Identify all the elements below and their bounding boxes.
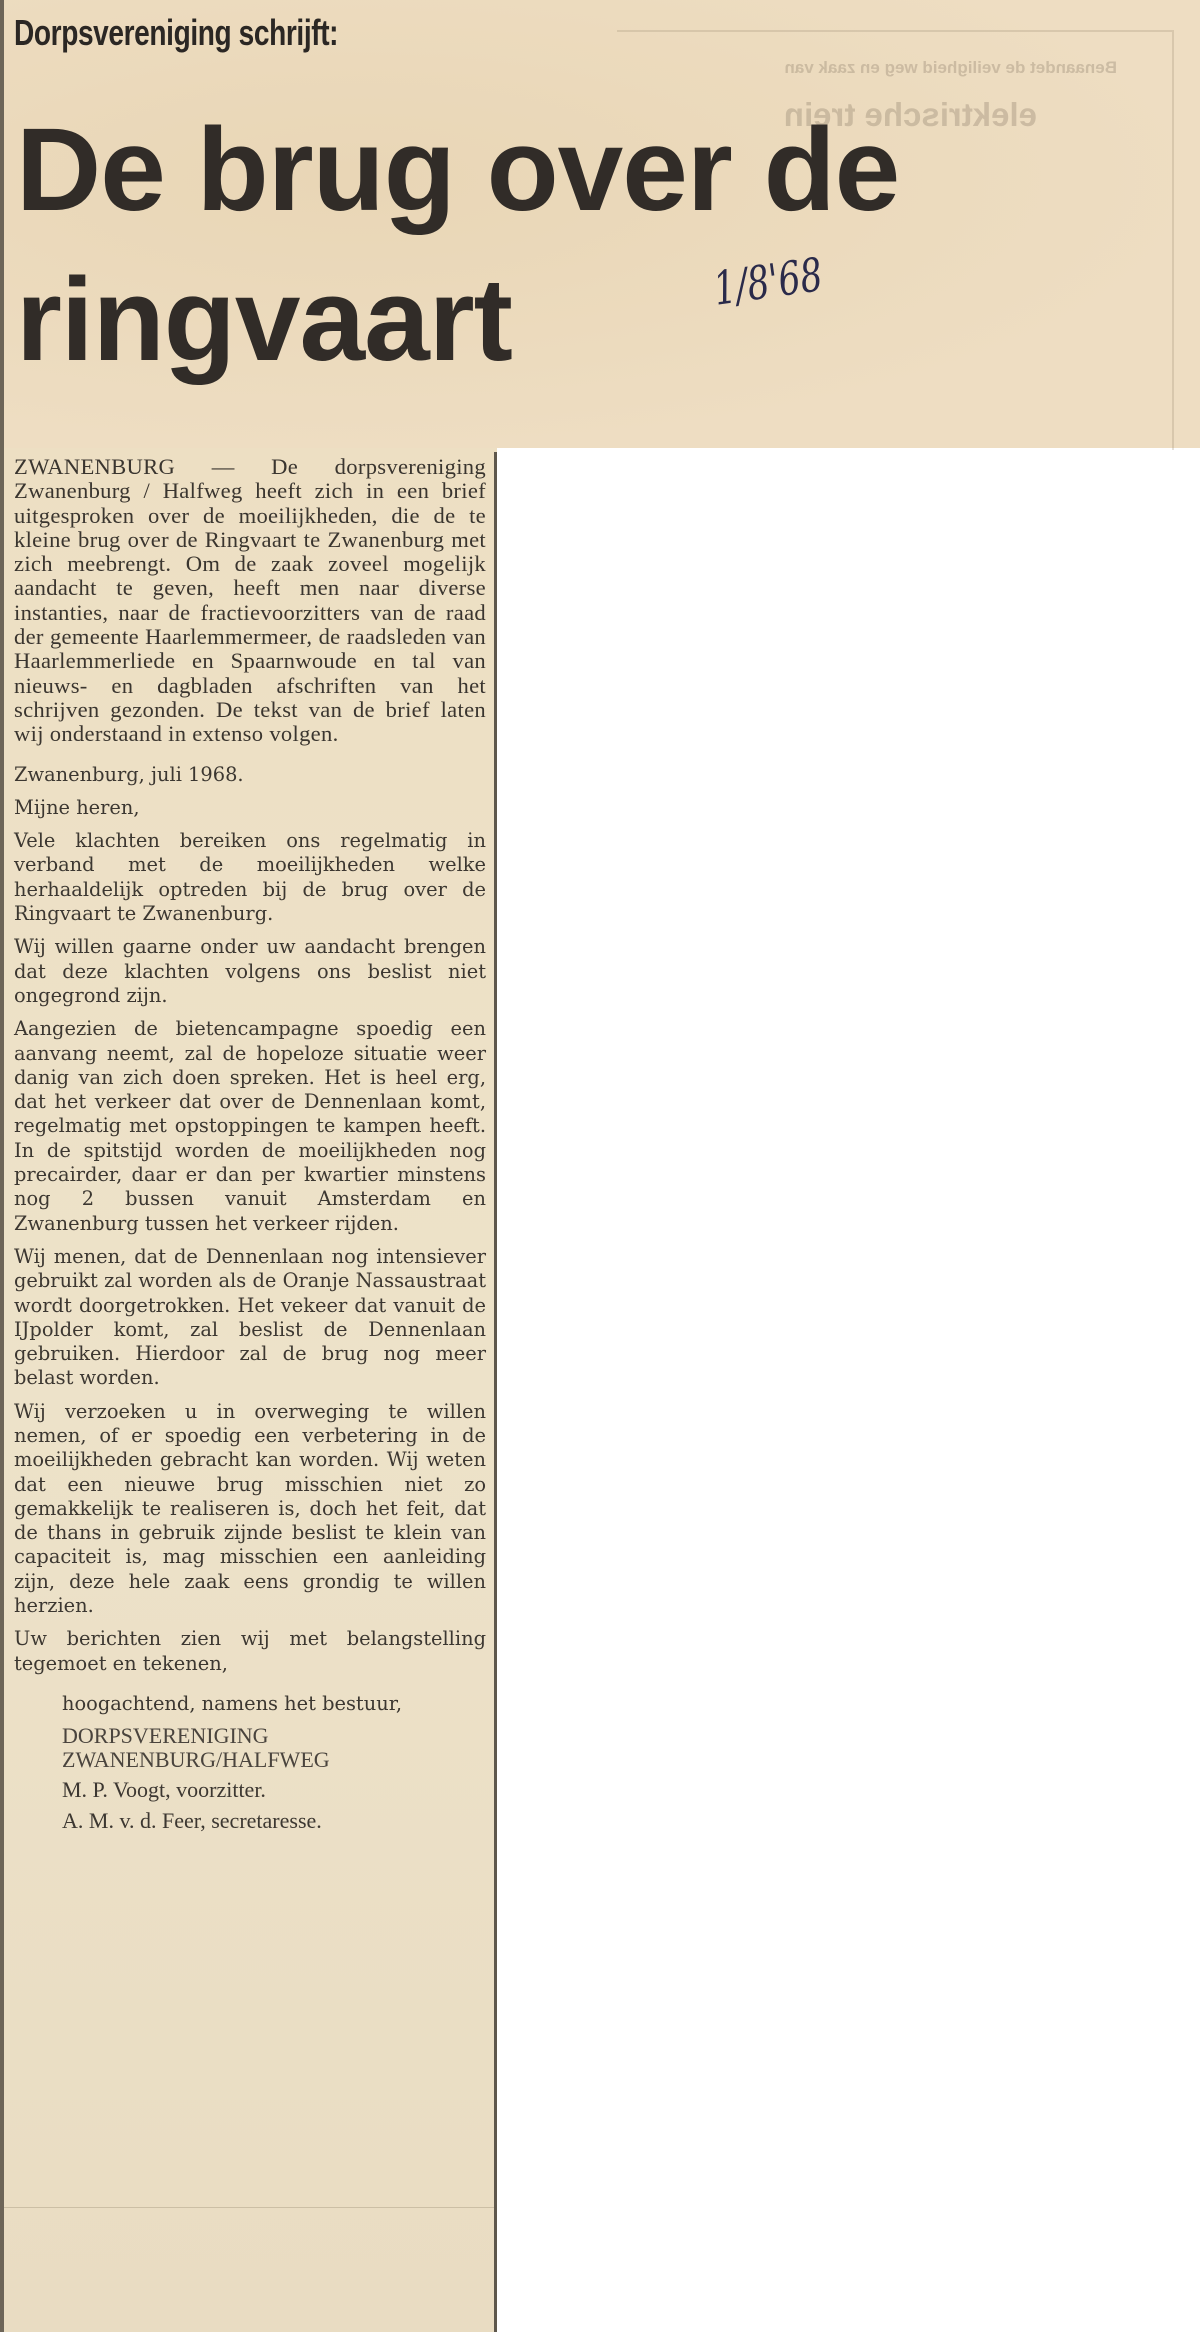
paper-fold-line xyxy=(4,2207,494,2208)
left-column-rule xyxy=(0,0,4,2332)
letter-salutation: Mijne heren, xyxy=(14,796,486,820)
signatory-secretary: A. M. v. d. Feer, secretaresse. xyxy=(14,1809,486,1833)
headline-line-2: ringvaart xyxy=(16,254,512,386)
letter-paragraph: Uw berichten zien wij met belangstelling… xyxy=(14,1627,486,1676)
article-body: ZWANENBURG — De dorpsvereniging Zwanenbu… xyxy=(14,455,486,1833)
headline: De brug over de ringvaart xyxy=(16,95,1200,395)
bleed-through-kicker: Benaandet de veiligheid weg en zaak van xyxy=(617,58,1127,78)
organization-line-2: ZWANENBURG/HALFWEG xyxy=(62,1747,330,1772)
letter-dateline: Zwanenburg, juli 1968. xyxy=(14,763,486,787)
lead-paragraph: ZWANENBURG — De dorpsvereniging Zwanenbu… xyxy=(14,455,486,747)
letter-paragraph: Wij verzoeken u in overweging te willen … xyxy=(14,1400,486,1619)
letter-paragraph: Wij menen, dat de Dennenlaan nog intensi… xyxy=(14,1245,486,1391)
letter-closing: hoogachtend, namens het bestuur, xyxy=(14,1692,486,1716)
right-column-rule xyxy=(494,452,497,2332)
organization-name: DORPSVERENIGING ZWANENBURG/HALFWEG xyxy=(14,1724,486,1772)
letter-paragraph: Wij willen gaarne onder uw aandacht bren… xyxy=(14,935,486,1008)
signatory-chair: M. P. Voogt, voorzitter. xyxy=(14,1778,486,1802)
letter-paragraph: Vele klachten bereiken ons regelmatig in… xyxy=(14,829,486,926)
organization-line-1: DORPSVERENIGING xyxy=(62,1723,269,1748)
kicker: Dorpsvereniging schrijft: xyxy=(14,12,338,54)
letter-paragraph: Aangezien de bietencampagne spoedig een … xyxy=(14,1017,486,1236)
headline-line-1: De brug over de xyxy=(16,104,899,236)
